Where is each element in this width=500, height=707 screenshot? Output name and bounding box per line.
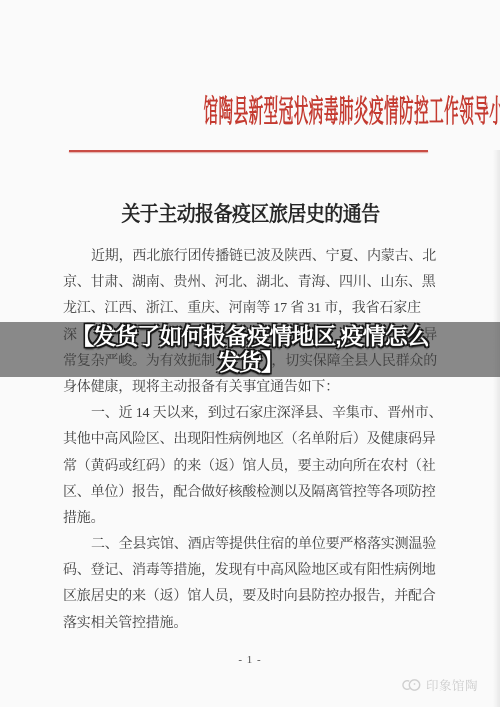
letterhead-org-name: 馆陶县新型冠状病毒肺炎疫情防控工作领导小组办公室 xyxy=(204,86,500,131)
body-line: 一、近 14 天以来，到过石家庄深泽县、辛集市、晋州市、 xyxy=(63,401,437,427)
body-line: 码、登记、消毒等措施，发现有中高风险地区或有阳性病例地 xyxy=(63,558,437,584)
body-line: 措施。 xyxy=(63,506,437,532)
caption-overlay: 【发货了如何报备疫情地区,疫情怎么 发货】 xyxy=(0,322,500,377)
watermark: 印象馆陶 xyxy=(402,676,478,694)
watermark-label: 印象馆陶 xyxy=(426,676,478,694)
document-page: 馆陶县新型冠状病毒肺炎疫情防控工作领导小组办公室 关于主动报备疫区旅居史的通告 … xyxy=(0,0,500,707)
body-line: 京、甘肃、湖南、贵州、河北、湖北、青海、四川、山东、黑 xyxy=(63,270,437,296)
body-line: 区旅居史的来（返）馆人员，要及时向县防控办报告，并配合 xyxy=(63,584,437,610)
brand-logo-icon xyxy=(402,678,421,692)
body-line: 身体健康，现将主动报备有关事宜通告如下： xyxy=(63,375,437,401)
body-line: 龙江、江西、浙江、重庆、河南等 17 省 31 市，我省石家庄 xyxy=(63,296,437,322)
body-line: 落实相关管控措施。 xyxy=(63,611,437,637)
notice-body: 近期，西北旅行团传播链已波及陕西、宁夏、内蒙古、北 京、甘肃、湖南、贵州、河北、… xyxy=(63,244,437,637)
caption-line-2: 发货】 xyxy=(0,350,500,376)
body-line: 二、全县宾馆、酒店等提供住宿的单位要严格落实测温验 xyxy=(63,532,437,558)
notice-title-text: 关于主动报备疫区旅居史的通告 xyxy=(121,198,379,228)
body-line: 常（黄码或红码）的来（返）馆人员，要主动向所在农村（社 xyxy=(63,454,437,480)
caption-line-1: 【发货了如何报备疫情地区,疫情怎么 xyxy=(0,324,500,350)
letterhead-divider xyxy=(69,150,428,152)
page-edge-shadow xyxy=(493,150,500,707)
letterhead: 馆陶县新型冠状病毒肺炎疫情防控工作领导小组办公室 xyxy=(0,86,500,131)
body-line: 其他中高风险区、出现阳性病例地区（名单附后）及健康码异 xyxy=(63,427,437,453)
body-line: 近期，西北旅行团传播链已波及陕西、宁夏、内蒙古、北 xyxy=(63,244,437,270)
body-line: 区、单位）报告，配合做好核酸检测以及隔离管控等各项防控 xyxy=(63,480,437,506)
page-number: - 1 - xyxy=(0,654,500,666)
notice-title: 关于主动报备疫区旅居史的通告 xyxy=(0,192,500,229)
